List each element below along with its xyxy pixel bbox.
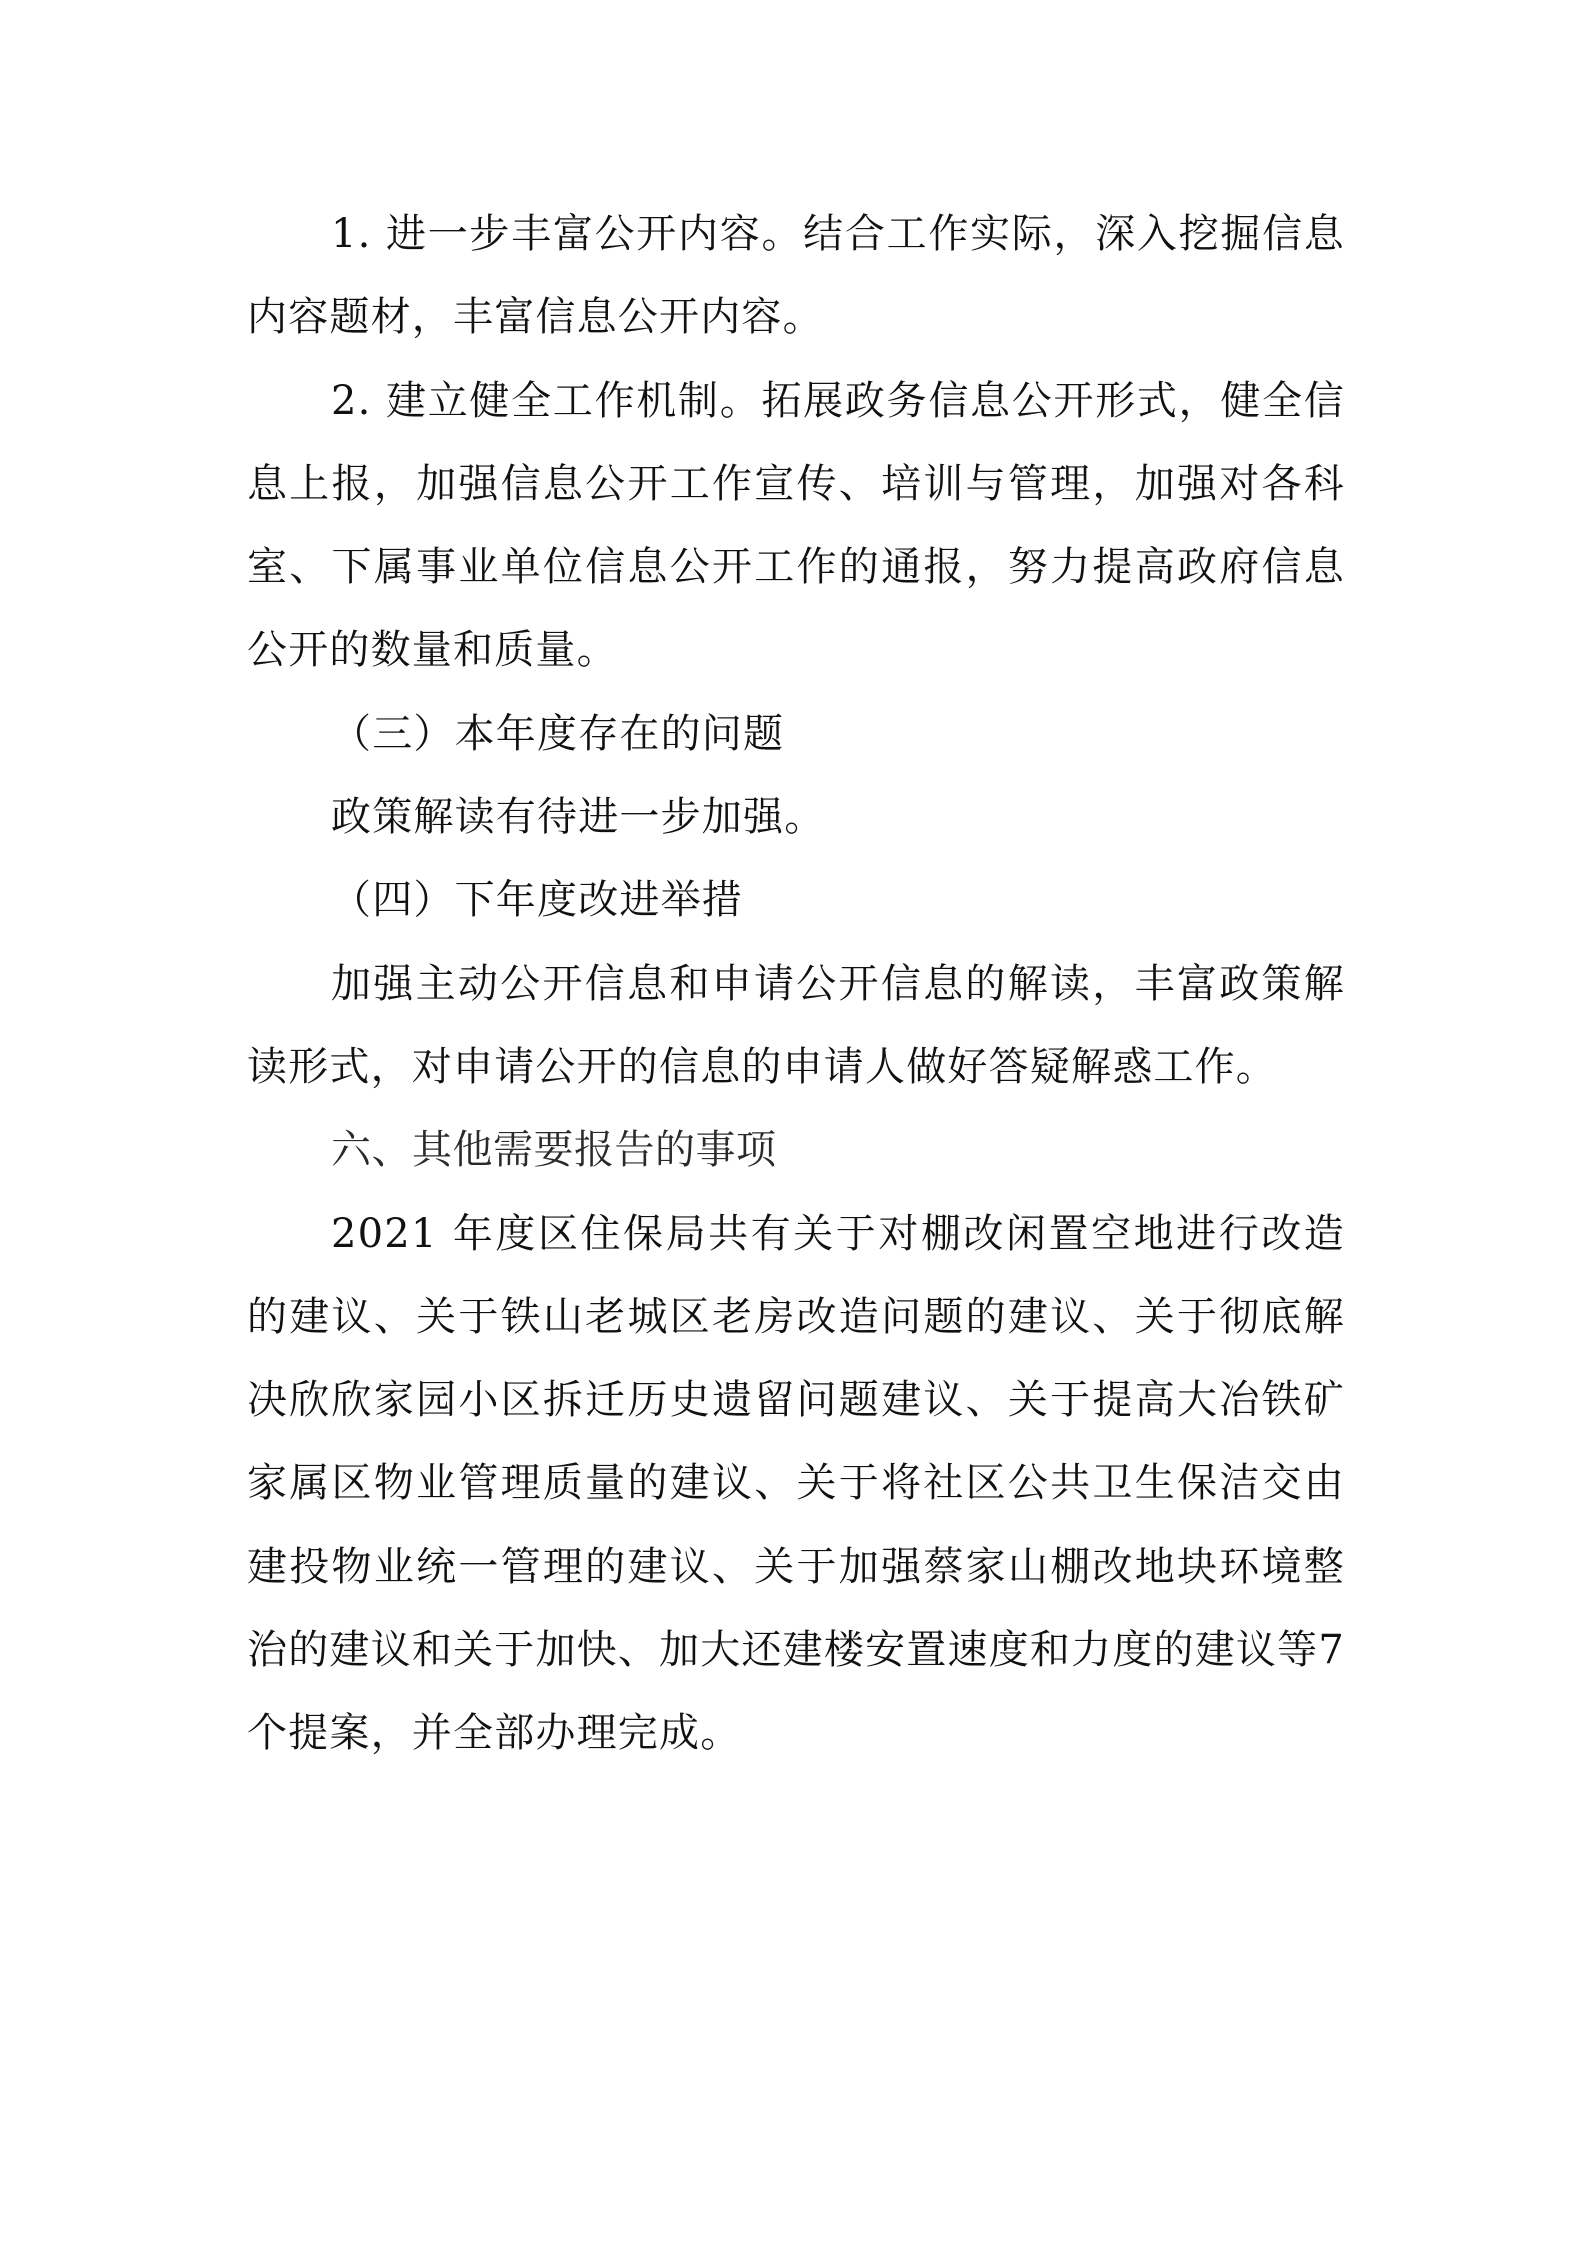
line: 2021 年度区住保局共有关于对棚改闲置空地进行改造: [331, 1211, 1345, 1257]
subheading-problems: （三）本年度存在的问题: [247, 693, 1345, 776]
paragraph-improvements: 加强主动公开信息和申请公开信息的解读，丰富政策解读形式，对申请公开的信息的申请人…: [247, 943, 1345, 1110]
subheading-improvements: （四）下年度改进举措: [247, 859, 1345, 942]
paragraph-proposals: 2021 年度区住保局共有关于对棚改闲置空地进行改造的建议、关于铁山老城区老房改…: [247, 1193, 1345, 1776]
line: 息上报，加强信息公开工作宣传、培训与管理，加强对各科: [247, 461, 1345, 507]
paragraph-problems: 政策解读有待进一步加强。: [247, 776, 1345, 859]
line: 治的建议和关于加快、加大还建楼安置速度和力度的建议等: [247, 1627, 1318, 1673]
line: 室、下属事业单位信息公开工作的通报，努力提高政府信息: [247, 544, 1345, 590]
line: 公开的数量和质量。: [247, 627, 618, 673]
line: 1. 进一步丰富公开内容。结合工作实际，深入挖掘信息: [331, 211, 1345, 257]
paragraph-work-mechanism: 2. 建立健全工作机制。拓展政务信息公开形式，健全信息上报，加强信息公开工作宣传…: [247, 360, 1345, 693]
line: 的建议、关于铁山老城区老房改造问题的建议、关于彻底解: [247, 1294, 1345, 1340]
line: 家属区物业管理质量的建议、关于将社区公共卫生保洁交由: [247, 1460, 1345, 1506]
line: 读形式，对申请公开的信息的申请人做好答疑解惑工作。: [247, 1044, 1277, 1090]
line: 建投物业统一管理的建议、关于加强蔡家山棚改地块环境整: [247, 1544, 1345, 1590]
document-page: 1. 进一步丰富公开内容。结合工作实际，深入挖掘信息内容题材，丰富信息公开内容。…: [247, 193, 1345, 1776]
line: 加强主动公开信息和申请公开信息的解读，丰富政策解: [331, 961, 1345, 1007]
line: 2. 建立健全工作机制。拓展政务信息公开形式，健全信: [331, 378, 1345, 424]
line: 内容题材，丰富信息公开内容。: [247, 294, 824, 340]
line: 决欣欣家园小区拆迁历史遗留问题建议、关于提高大冶铁矿: [247, 1377, 1345, 1423]
paragraph-improve-content: 1. 进一步丰富公开内容。结合工作实际，深入挖掘信息内容题材，丰富信息公开内容。: [247, 193, 1345, 360]
section-heading-other-matters: 六、其他需要报告的事项: [247, 1109, 1345, 1192]
